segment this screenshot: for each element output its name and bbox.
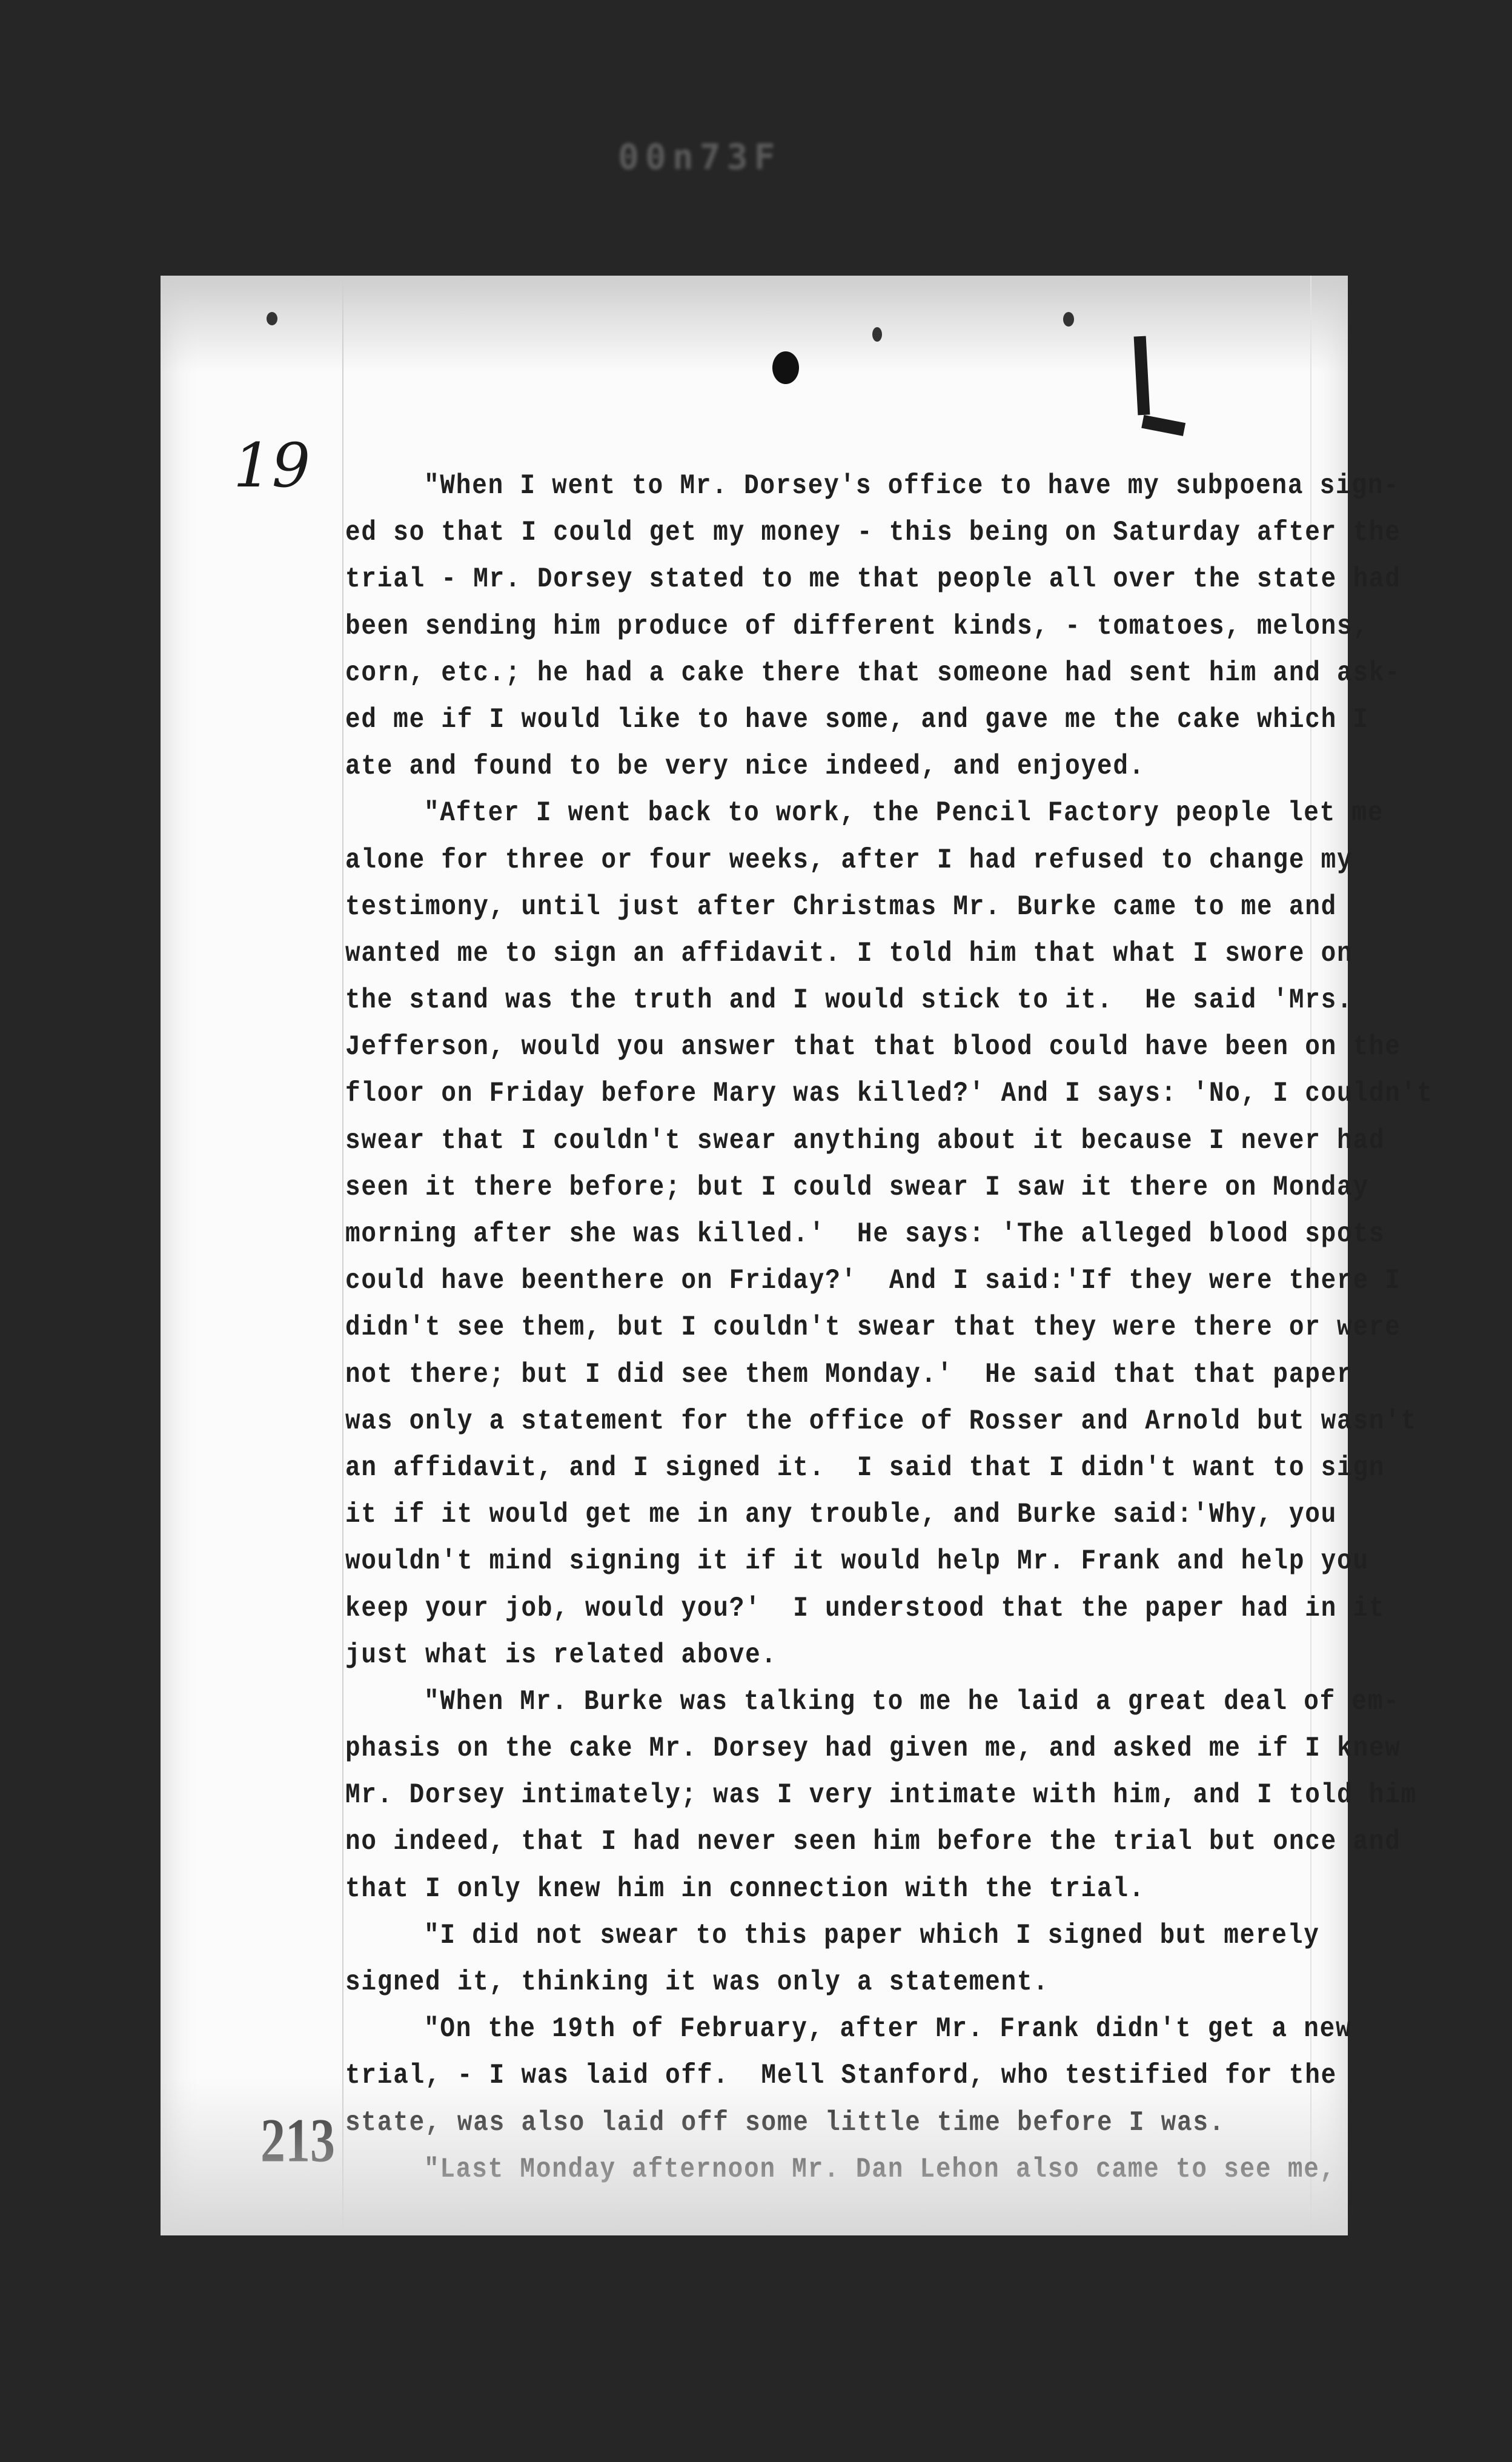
text-line: that I only knew him in connection with … xyxy=(345,1863,1327,1916)
text-line: ate and found to be very nice indeed, an… xyxy=(345,741,1327,793)
page-number: 213 xyxy=(260,2105,335,2177)
text-line: signed it, thinking it was only a statem… xyxy=(345,1957,1327,2009)
text-line: "When I went to Mr. Dorsey's office to h… xyxy=(345,460,1327,513)
text-line: been sending him produce of different ki… xyxy=(345,601,1327,653)
text-line: Jefferson, would you answer that that bl… xyxy=(345,1022,1327,1074)
text-line: phasis on the cake Mr. Dorsey had given … xyxy=(345,1723,1327,1775)
text-line: an affidavit, and I signed it. I said th… xyxy=(345,1442,1327,1495)
text-line: morning after she was killed.' He says: … xyxy=(345,1209,1327,1261)
text-line: not there; but I did see them Monday.' H… xyxy=(345,1349,1327,1401)
microfilm-frame-number: 00n73F xyxy=(618,136,781,178)
ink-speck xyxy=(267,312,277,325)
text-line: the stand was the truth and I would stic… xyxy=(345,975,1327,1027)
text-line: no indeed, that I had never seen him bef… xyxy=(345,1817,1327,1869)
text-line: Mr. Dorsey intimately; was I very intima… xyxy=(345,1770,1327,1822)
text-line: "On the 19th of February, after Mr. Fran… xyxy=(345,2004,1327,2056)
text-line: floor on Friday before Mary was killed?'… xyxy=(345,1069,1327,1121)
text-line: "I did not swear to this paper which I s… xyxy=(345,1910,1327,1962)
text-line: trial - Mr. Dorsey stated to me that peo… xyxy=(345,554,1327,606)
text-line: wanted me to sign an affidavit. I told h… xyxy=(345,928,1327,980)
text-line: keep your job, would you?' I understood … xyxy=(345,1583,1327,1635)
text-line: trial, - I was laid off. Mell Stanford, … xyxy=(345,2051,1327,2103)
text-line: state, was also laid off some little tim… xyxy=(345,2097,1327,2149)
ink-speck xyxy=(872,327,882,342)
text-line: could have beenthere on Friday?' And I s… xyxy=(345,1256,1327,1308)
text-line: didn't see them, but I couldn't swear th… xyxy=(345,1302,1327,1355)
punch-hole-mark xyxy=(772,351,799,384)
text-line: "When Mr. Burke was talking to me he lai… xyxy=(345,1676,1327,1728)
text-line: seen it there before; but I could swear … xyxy=(345,1162,1327,1214)
text-line: ed me if I would like to have some, and … xyxy=(345,694,1327,746)
typed-body-text: "When I went to Mr. Dorsey's office to h… xyxy=(345,463,1327,2194)
text-line: was only a statement for the office of R… xyxy=(345,1396,1327,1448)
text-line: it if it would get me in any trouble, an… xyxy=(345,1489,1327,1541)
document-page: 19 "When I went to Mr. Dorsey's office t… xyxy=(161,276,1348,2235)
ink-speck xyxy=(1063,312,1074,327)
text-line: corn, etc.; he had a cake there that som… xyxy=(345,648,1327,700)
text-line: ed so that I could get my money - this b… xyxy=(345,508,1327,560)
text-line: "After I went back to work, the Pencil F… xyxy=(345,788,1327,840)
margin-annotation: 19 xyxy=(233,430,310,501)
text-line: swear that I couldn't swear anything abo… xyxy=(345,1115,1327,1167)
text-line: wouldn't mind signing it if it would hel… xyxy=(345,1536,1327,1588)
text-line: testimony, until just after Christmas Mr… xyxy=(345,881,1327,934)
handwritten-corner-mark xyxy=(1134,336,1150,416)
text-line: "Last Monday afternoon Mr. Dan Lehon als… xyxy=(345,2144,1327,2196)
text-line: alone for three or four weeks, after I h… xyxy=(345,835,1327,887)
margin-rule-left xyxy=(342,276,343,2235)
text-line: just what is related above. xyxy=(345,1630,1327,1682)
